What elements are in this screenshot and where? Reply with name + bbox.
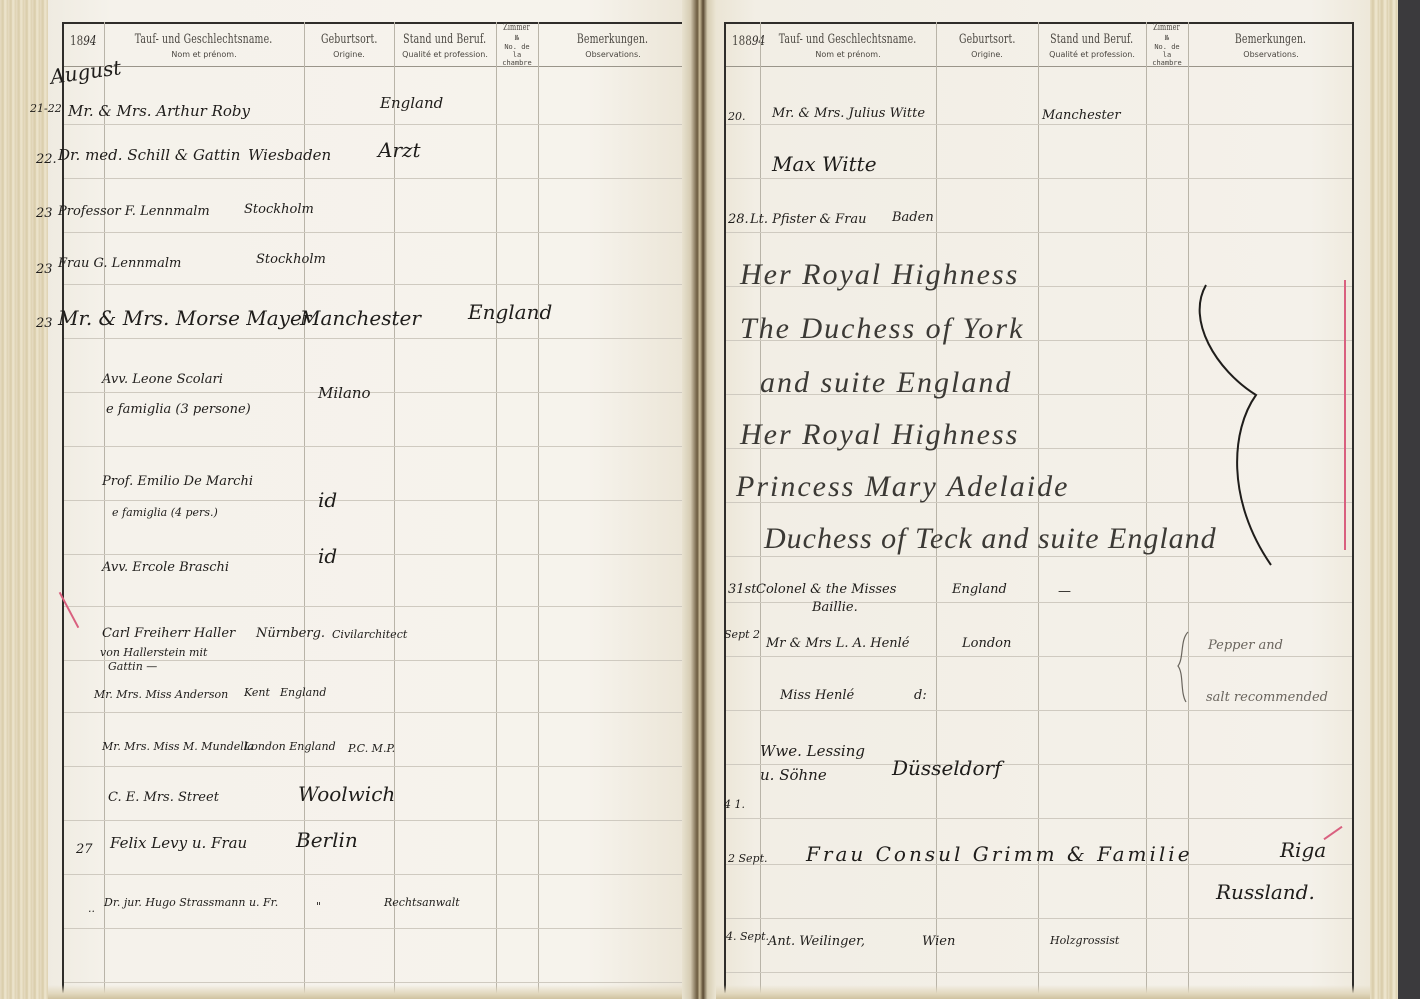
col-line	[104, 22, 105, 999]
header-profession: Stand und Beruf. Qualité et profession.	[394, 24, 496, 66]
header-remarks: Bemerkungen. Observations.	[1188, 24, 1354, 66]
header-room: Zimmer № No. de la chambre	[496, 24, 538, 66]
col-line	[496, 22, 497, 999]
right-page: 18894 Tauf- und Geschlechtsname. Nom et …	[716, 0, 1376, 999]
brace-icon	[1174, 630, 1194, 704]
col-line	[304, 22, 305, 999]
book-cover-cloth	[1398, 0, 1420, 999]
torn-page-edge	[48, 985, 682, 999]
bracket-icon	[1186, 280, 1276, 570]
header-profession: Stand und Beruf. Qualité et profession.	[1038, 24, 1146, 66]
left-year: 1894	[70, 34, 96, 49]
left-header-row: 1894 Tauf- und Geschlechtsname. Nom et p…	[64, 22, 682, 67]
left-page-edges	[0, 0, 52, 999]
col-line	[538, 22, 539, 999]
red-margin-line	[1344, 280, 1346, 550]
right-page-edges	[1370, 0, 1400, 999]
header-room: Zimmer № No. de la chambre	[1146, 24, 1188, 66]
header-name: Tauf- und Geschlechtsname. Nom et prénom…	[760, 24, 936, 66]
header-origin: Geburtsort. Origine.	[304, 24, 394, 66]
book-gutter	[682, 0, 716, 999]
header-remarks: Bemerkungen. Observations.	[538, 24, 688, 66]
left-page: 1894 Tauf- und Geschlechtsname. Nom et p…	[48, 0, 682, 999]
col-line	[394, 22, 395, 999]
right-header-row: 18894 Tauf- und Geschlechtsname. Nom et …	[726, 22, 1352, 67]
header-origin: Geburtsort. Origine.	[936, 24, 1038, 66]
header-name: Tauf- und Geschlechtsname. Nom et prénom…	[104, 24, 304, 66]
torn-page-edge	[716, 985, 1376, 999]
